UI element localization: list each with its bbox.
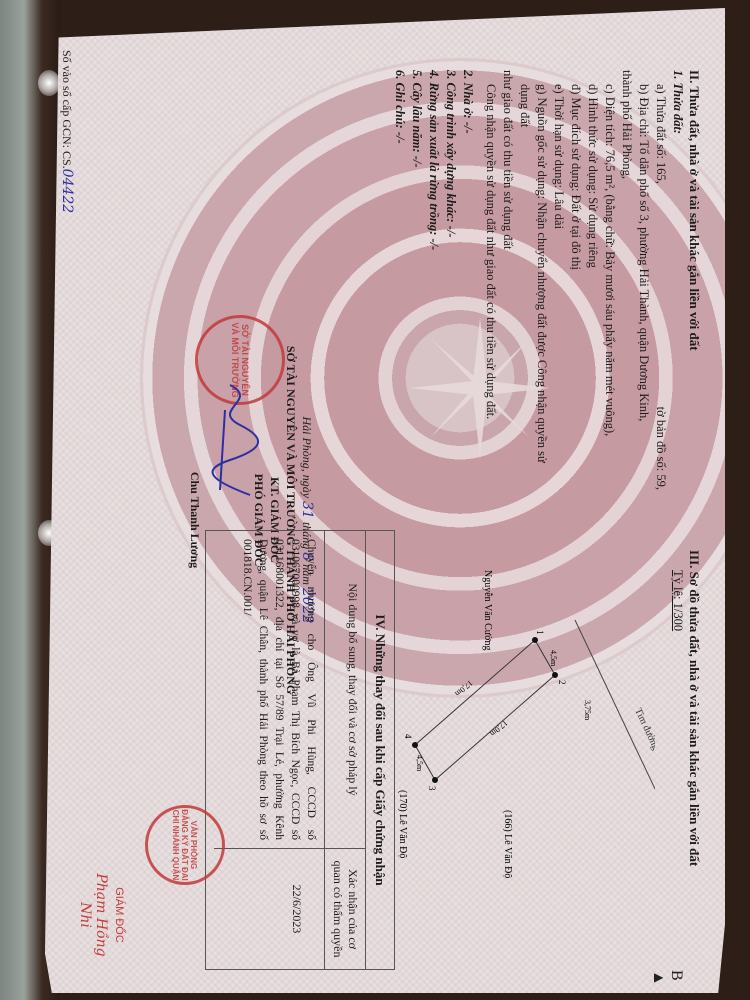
address-city: thành phố Hải Phòng, xyxy=(618,70,635,490)
svg-text:1: 1 xyxy=(535,630,545,635)
usage-origin-3: Công nhận quyền sử dụng đất như giao đất… xyxy=(482,70,499,490)
section-land-parcel: II. Thửa đất, nhà ở và tài sản khác gắn … xyxy=(391,70,703,490)
usage-origin: g) Nguồn gốc sử dụng: Nhận chuyển nhượng… xyxy=(516,70,550,490)
usage-origin-2: như giao đất có thu tiền sử dụng đất xyxy=(499,70,516,490)
table-row: Chuyển nhượng cho Ông Vũ Phi Hùng, CCCD … xyxy=(214,531,324,969)
section2-sub1: 1. Thửa đất: xyxy=(669,70,686,490)
diagram-scale: Tỷ lệ: 1/300 xyxy=(669,550,686,970)
neighbor-170: (170) Lê Văn Độ xyxy=(397,790,408,858)
section-parcel-diagram: III. Sơ đồ thửa đất, nhà ở và tài sản kh… xyxy=(669,550,703,970)
north-arrow: B ▲ xyxy=(649,970,685,990)
svg-text:4,5m: 4,5m xyxy=(549,650,558,667)
director-name: Phạm Hồng Nhi xyxy=(77,860,109,970)
section3-title: III. Sơ đồ thửa đất, nhà ở và tài sản kh… xyxy=(686,550,703,970)
parcel-number-row: a) Thửa đất số: 165, tờ bản đồ số: 59, xyxy=(652,70,669,490)
svg-text:3,75m: 3,75m xyxy=(583,700,592,721)
section-changes-table: IV. Những thay đổi sau khi cấp Giấy chứn… xyxy=(205,530,395,970)
svg-text:2: 2 xyxy=(557,680,567,685)
neighbor-166: (166) Lê Văn Độ xyxy=(502,810,513,878)
usage-form: d) Hình thức sử dụng: Sử dụng riêng xyxy=(584,70,601,490)
col-confirm-header: Xác nhận của cơ quan có thẩm quyền xyxy=(325,849,365,969)
svg-text:4,5m: 4,5m xyxy=(415,755,424,772)
director-role: GIÁM ĐỐC xyxy=(113,860,125,970)
neighbor-left: Nguyễn Văn Cường xyxy=(482,570,493,651)
map-sheet-number: tờ bản đồ số: 59, xyxy=(652,407,669,490)
issue-day: 31 xyxy=(299,501,315,519)
perennial-trees-item: 5. Cây lâu năm: -/- xyxy=(408,70,425,490)
svg-text:4: 4 xyxy=(403,734,413,739)
rotated-document-content: II. Thửa đất, nhà ở và tài sản khác gắn … xyxy=(45,10,725,990)
parcel-number: a) Thửa đất số: 165, xyxy=(652,84,669,184)
usage-purpose: đ) Mục đích sử dụng: Đất ở tại đô thị xyxy=(567,70,584,490)
change-content: Chuyển nhượng cho Ông Vũ Phi Hùng, CCCD … xyxy=(214,531,324,849)
certificate-serial: Số vào sổ cấp GCN: CS.04422 xyxy=(59,50,75,213)
signature-scribble-icon xyxy=(200,380,270,500)
change-date: 22/6/2023 xyxy=(214,849,324,969)
other-construction-item: 3. Công trình xây dựng khác: -/- xyxy=(442,70,459,490)
address: b) Địa chỉ: Tổ dân phố số 3, phường Hải … xyxy=(635,70,652,490)
director-stamp: GIÁM ĐỐC Phạm Hồng Nhi xyxy=(77,860,125,970)
section4-title: IV. Những thay đổi sau khi cấp Giấy chứn… xyxy=(365,531,394,969)
house-item: 2. Nhà ở: -/- xyxy=(459,70,476,490)
svg-text:3: 3 xyxy=(427,786,437,791)
notes-item: 6. Ghi chú: -/- xyxy=(391,70,408,490)
parcel-plot-diagram: Tim đường tổ dân phố 1 2 3 4 4,5m 17,0m … xyxy=(395,550,655,980)
svg-text:17,0m: 17,0m xyxy=(488,718,510,738)
area: c) Diện tích: 76,5 m², (bằng chữ: Bảy mư… xyxy=(601,70,618,490)
section2-title: II. Thửa đất, nhà ở và tài sản khác gắn … xyxy=(686,70,703,490)
usage-term: e) Thời hạn sử dụng: Lâu dài xyxy=(550,70,567,490)
registration-office-stamp: VĂN PHÒNG ĐĂNG KÝ ĐẤT ĐAI CHI NHÁNH QUẬN xyxy=(145,805,225,885)
col-content-header: Nội dung bổ sung, thay đổi và cơ sở pháp… xyxy=(325,531,365,849)
road-label: Tim đường tổ dân phố xyxy=(632,707,655,793)
table-header: Nội dung bổ sung, thay đổi và cơ sở pháp… xyxy=(324,531,365,969)
north-label: B xyxy=(668,970,685,981)
forest-item: 4. Rừng sản xuất là rừng trồng: -/- xyxy=(425,70,442,490)
